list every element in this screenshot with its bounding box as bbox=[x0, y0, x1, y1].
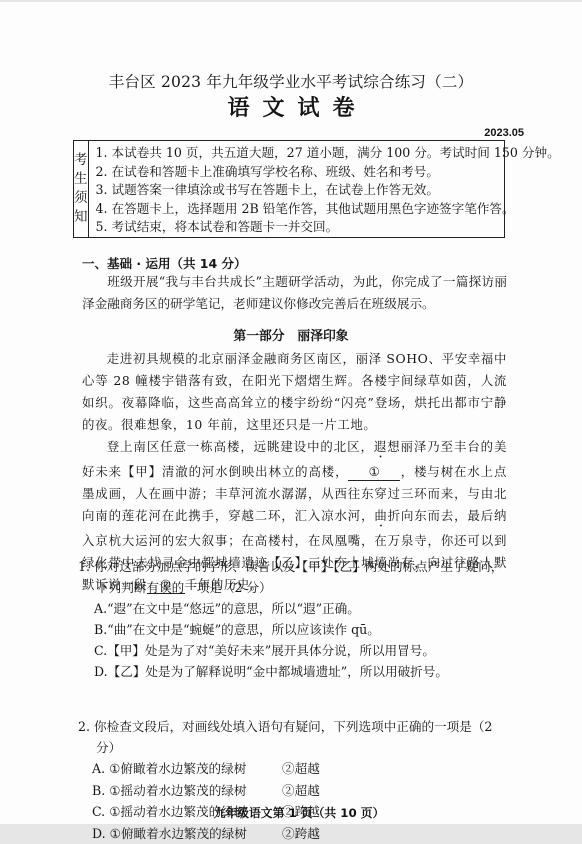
part-title: 第一部分 丽泽印象 bbox=[0, 325, 582, 344]
option-d: D.【乙】处是为了解释说明“金中都城墙遗址”，所以用破折号。 bbox=[78, 661, 510, 682]
section-intro: 班级开展“我与丰台共成长”主题研学活动，为此，你完成了一篇探访丽泽金融商务区的研… bbox=[82, 271, 507, 315]
notice-items: 1. 本试卷共 10 页，共五道大题，27 道小题，满分 100 分。考试时间 … bbox=[89, 141, 560, 237]
option-b-part1: B. ①摇动着水边繁茂的绿树 bbox=[92, 780, 282, 802]
notice-item: 2. 在试卷和答题卡上准确填写学校名称、班级、姓名和考号。 bbox=[96, 163, 560, 182]
dotted-character: 曲 bbox=[374, 508, 387, 523]
notice-item: 1. 本试卷共 10 页，共五道大题，27 道小题，满分 100 分。考试时间 … bbox=[96, 144, 560, 163]
option-d-part2: ②跨越 bbox=[282, 823, 362, 828]
notice-item: 5. 考试结束，将本试卷和答题卡一并交回。 bbox=[96, 218, 560, 237]
option-b-part2: ②超越 bbox=[282, 780, 362, 802]
option-a-part1: A. ①俯瞰着水边繁茂的绿树 bbox=[92, 758, 282, 780]
question-stem: 2. 你检查文段后，对画线处填入语句有疑问，下列选项中正确的一项是（2 分） bbox=[78, 716, 510, 758]
notice-item: 4. 在答题卡上，选择题用 2B 铅笔作答，其他试题用黑色字迹签字笔作答。 bbox=[96, 200, 560, 219]
section-heading: 一、基础 · 运用（共 14 分） bbox=[82, 254, 247, 272]
exam-page: 丰台区 2023 年九年级学业水平考试综合练习（二） 语文试卷 2023.05 … bbox=[0, 2, 582, 824]
blank-1: ① bbox=[348, 464, 400, 481]
notice-label-char: 生 bbox=[74, 170, 88, 189]
option-b: B.“曲”在文中是“蜿蜒”的意思，所以应该读作 qū。 bbox=[78, 619, 510, 640]
option-a-part2: ②超越 bbox=[282, 758, 362, 780]
passage-paragraph-1: 走进初具规模的北京丽泽金融商务区南区，丽泽 SOHO、平安幸福中心等 28 幢楼… bbox=[82, 348, 507, 436]
notice-label-char: 知 bbox=[74, 208, 88, 227]
dotted-character: 遐 bbox=[374, 439, 387, 454]
exam-date: 2023.05 bbox=[484, 127, 524, 139]
notice-item: 3. 试题答案一律填涂或书写在答题卡上，在试卷上作答无效。 bbox=[96, 181, 560, 200]
page-footer: 九年级语文第 1 页（共 10 页） bbox=[0, 804, 582, 821]
notice-label: 考 生 须 知 bbox=[74, 141, 89, 237]
option-a: A.“遐”在文中是“悠远”的意思，所以“遐”正确。 bbox=[78, 598, 510, 619]
exam-subtitle: 语文试卷 bbox=[0, 91, 582, 122]
notice-label-char: 须 bbox=[74, 189, 88, 208]
notice-label-char: 考 bbox=[74, 151, 88, 170]
question-1: 1. 你对这部分加点字的字形、读音以及【甲】【乙】两处的标点产生了疑问，下列判断… bbox=[78, 556, 510, 682]
option-c: C.【甲】处是为了对“美好未来”展开具体分说，所以用冒号。 bbox=[78, 640, 510, 661]
question-stem: 1. 你对这部分加点字的字形、读音以及【甲】【乙】两处的标点产生了疑问，下列判断… bbox=[78, 556, 510, 598]
option-d-part1: D. ①俯瞰着水边繁茂的绿树 bbox=[92, 823, 282, 828]
exam-title: 丰台区 2023 年九年级学业水平考试综合练习（二） bbox=[0, 70, 582, 92]
candidate-notice-box: 考 生 须 知 1. 本试卷共 10 页，共五道大题，27 道小题，满分 100… bbox=[73, 140, 505, 238]
passage-text: 登上南区任意一栋高楼，远眺建设中的北区， bbox=[107, 439, 374, 454]
